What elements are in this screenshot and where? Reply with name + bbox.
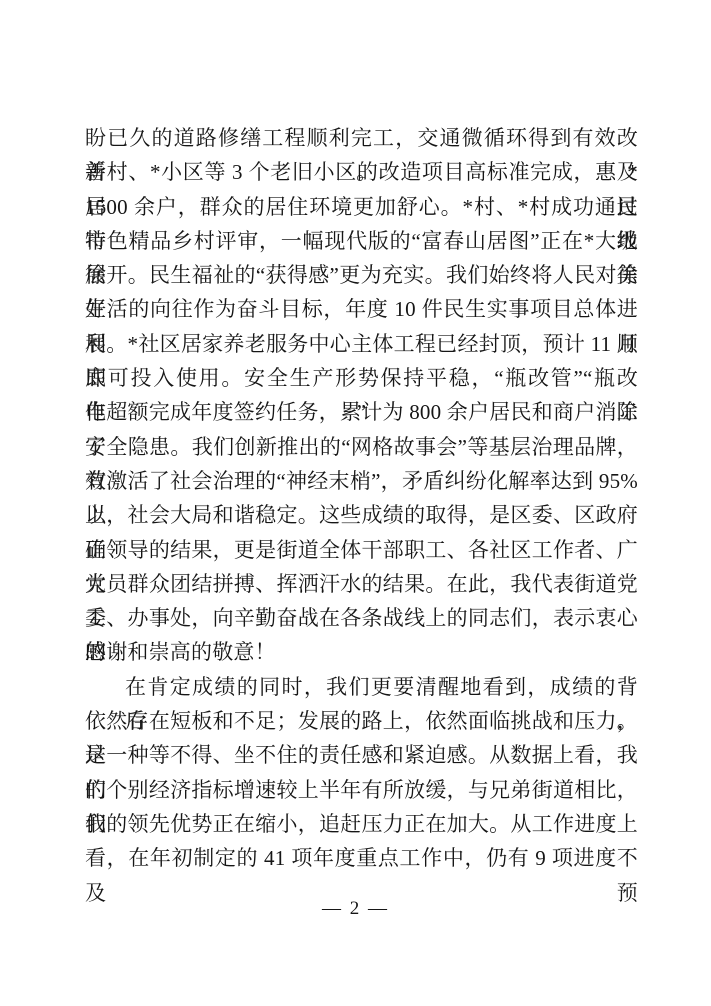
text-line: 安全隐患。我们创新推出的“网格故事会”等基层治理品牌，有 xyxy=(85,430,638,464)
text-line: 效激活了社会治理的“神经末梢”，矛盾纠纷化解率达到 95%以 xyxy=(85,464,638,498)
text-line: 党员群众团结拼搏、挥洒汗水的结果。在此，我代表街道党工 xyxy=(85,567,638,601)
text-line: 是一种等不得、坐不住的责任感和紧迫感。从数据上看，我们 xyxy=(85,738,638,772)
text-line: 展开。民生福祉的“获得感”更为充实。我们始终将人民对美好 xyxy=(85,258,638,292)
text-line: 的个别经济指标增速较上半年有所放缓，与兄弟街道相比，我 xyxy=(85,773,638,807)
text-line: 看，在年初制定的 41 项年度重点工作中，仍有 9 项进度不及预 xyxy=(85,841,638,875)
text-line: 盼已久的道路修缮工程顺利完工，交通微循环得到有效改善。* xyxy=(85,121,638,155)
text-line: 在肯定成绩的同时，我们更要清醒地看到，成绩的背后， xyxy=(85,670,638,704)
text-line: 作超额完成年度签约任务，累计为 800 余户居民和商户消除了 xyxy=(85,395,638,429)
text-line: 利。*社区居家养老服务中心主体工程已经封顶，预计 11 月底 xyxy=(85,327,638,361)
text-line: 生活的向往作为奋斗目标，年度 10 件民生实事项目总体进展顺 xyxy=(85,292,638,326)
document-body: 盼已久的道路修缮工程顺利完工，交通微循环得到有效改善。*新村、*小区等 3 个老… xyxy=(85,121,638,876)
text-line: 上，社会大局和谐稳定。这些成绩的取得，是区委、区政府正 xyxy=(85,498,638,532)
text-line: 确领导的结果，更是街道全体干部职工、各社区工作者、广大 xyxy=(85,533,638,567)
text-line: 即可投入使用。安全生产形势保持平稳，“瓶改管”“瓶改电”工 xyxy=(85,361,638,395)
document-page: 盼已久的道路修缮工程顺利完工，交通微循环得到有效改善。*新村、*小区等 3 个老… xyxy=(0,0,711,1006)
text-line: 依然存在短板和不足；发展的路上，依然面临挑战和压力。这 xyxy=(85,704,638,738)
text-line: 新村、*小区等 3 个老旧小区的改造项目高标准完成，惠及居民 xyxy=(85,155,638,189)
paragraph: 在肯定成绩的同时，我们更要清醒地看到，成绩的背后，依然存在短板和不足；发展的路上… xyxy=(85,670,638,876)
text-line: 委、办事处，向辛勤奋战在各条战线上的同志们，表示衷心的 xyxy=(85,601,638,635)
text-line: 感谢和崇高的敬意！ xyxy=(85,635,638,669)
page-number: — 2 — xyxy=(0,896,711,922)
text-line: 特色精品乡村评审，一幅现代版的“富春山居图”正在*大地徐徐 xyxy=(85,224,638,258)
paragraph: 盼已久的道路修缮工程顺利完工，交通微循环得到有效改善。*新村、*小区等 3 个老… xyxy=(85,121,638,670)
text-line: 1500 余户，群众的居住环境更加舒心。*村、*村成功通过市级 xyxy=(85,190,638,224)
text-line: 们的领先优势正在缩小，追赶压力正在加大。从工作进度上 xyxy=(85,807,638,841)
